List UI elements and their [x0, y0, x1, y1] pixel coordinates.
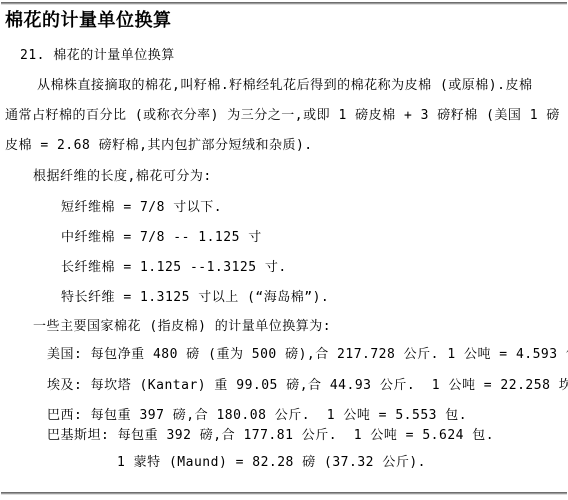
country-conversions-heading: 一些主要国家棉花 (指皮棉) 的计量单位换算为:	[33, 319, 331, 334]
country-item-pakistan: 巴基斯坦: 每包重 392 磅,合 177.81 公斤. 1 公吨 = 5.62…	[47, 428, 494, 443]
intro-paragraph-line-1: 从棉株直接摘取的棉花,叫籽棉.籽棉经轧花后得到的棉花称为皮棉 (或原棉).皮棉	[37, 78, 532, 93]
maund-conversion-note: 1 蒙特 (Maund) = 82.28 磅 (37.32 公斤).	[117, 455, 426, 470]
bottom-divider	[1, 492, 567, 495]
document-page: 棉花的计量单位换算 21. 棉花的计量单位换算 从棉株直接摘取的棉花,叫籽棉.籽…	[0, 0, 568, 500]
top-divider	[1, 2, 567, 5]
intro-paragraph-line-3: 皮棉 = 2.68 磅籽棉,其内包扩部分短绒和杂质).	[5, 138, 313, 153]
country-item-brazil: 巴西: 每包重 397 磅,合 180.08 公斤. 1 公吨 = 5.553 …	[47, 408, 467, 423]
fiber-item-short: 短纤维棉 = 7/8 寸以下.	[61, 200, 222, 215]
fiber-item-extra-long: 特长纤维 = 1.3125 寸以上 (“海岛棉”).	[61, 290, 329, 305]
section-heading: 21. 棉花的计量单位换算	[20, 48, 175, 63]
country-item-egypt: 埃及: 每坎塔 (Kantar) 重 99.05 磅,合 44.93 公斤. 1…	[47, 378, 568, 393]
country-item-usa: 美国: 每包净重 480 磅 (重为 500 磅),合 217.728 公斤. …	[47, 347, 568, 362]
fiber-item-medium: 中纤维棉 = 7/8 -- 1.125 寸	[61, 230, 262, 245]
fiber-classification-heading: 根据纤维的长度,棉花可分为:	[33, 169, 212, 184]
page-title: 棉花的计量单位换算	[5, 6, 172, 32]
intro-paragraph-line-2: 通常占籽棉的百分比 (或称衣分率) 为三分之一,或即 1 磅皮棉 + 3 磅籽棉…	[5, 108, 560, 123]
fiber-item-long: 长纤维棉 = 1.125 --1.3125 寸.	[61, 260, 287, 275]
